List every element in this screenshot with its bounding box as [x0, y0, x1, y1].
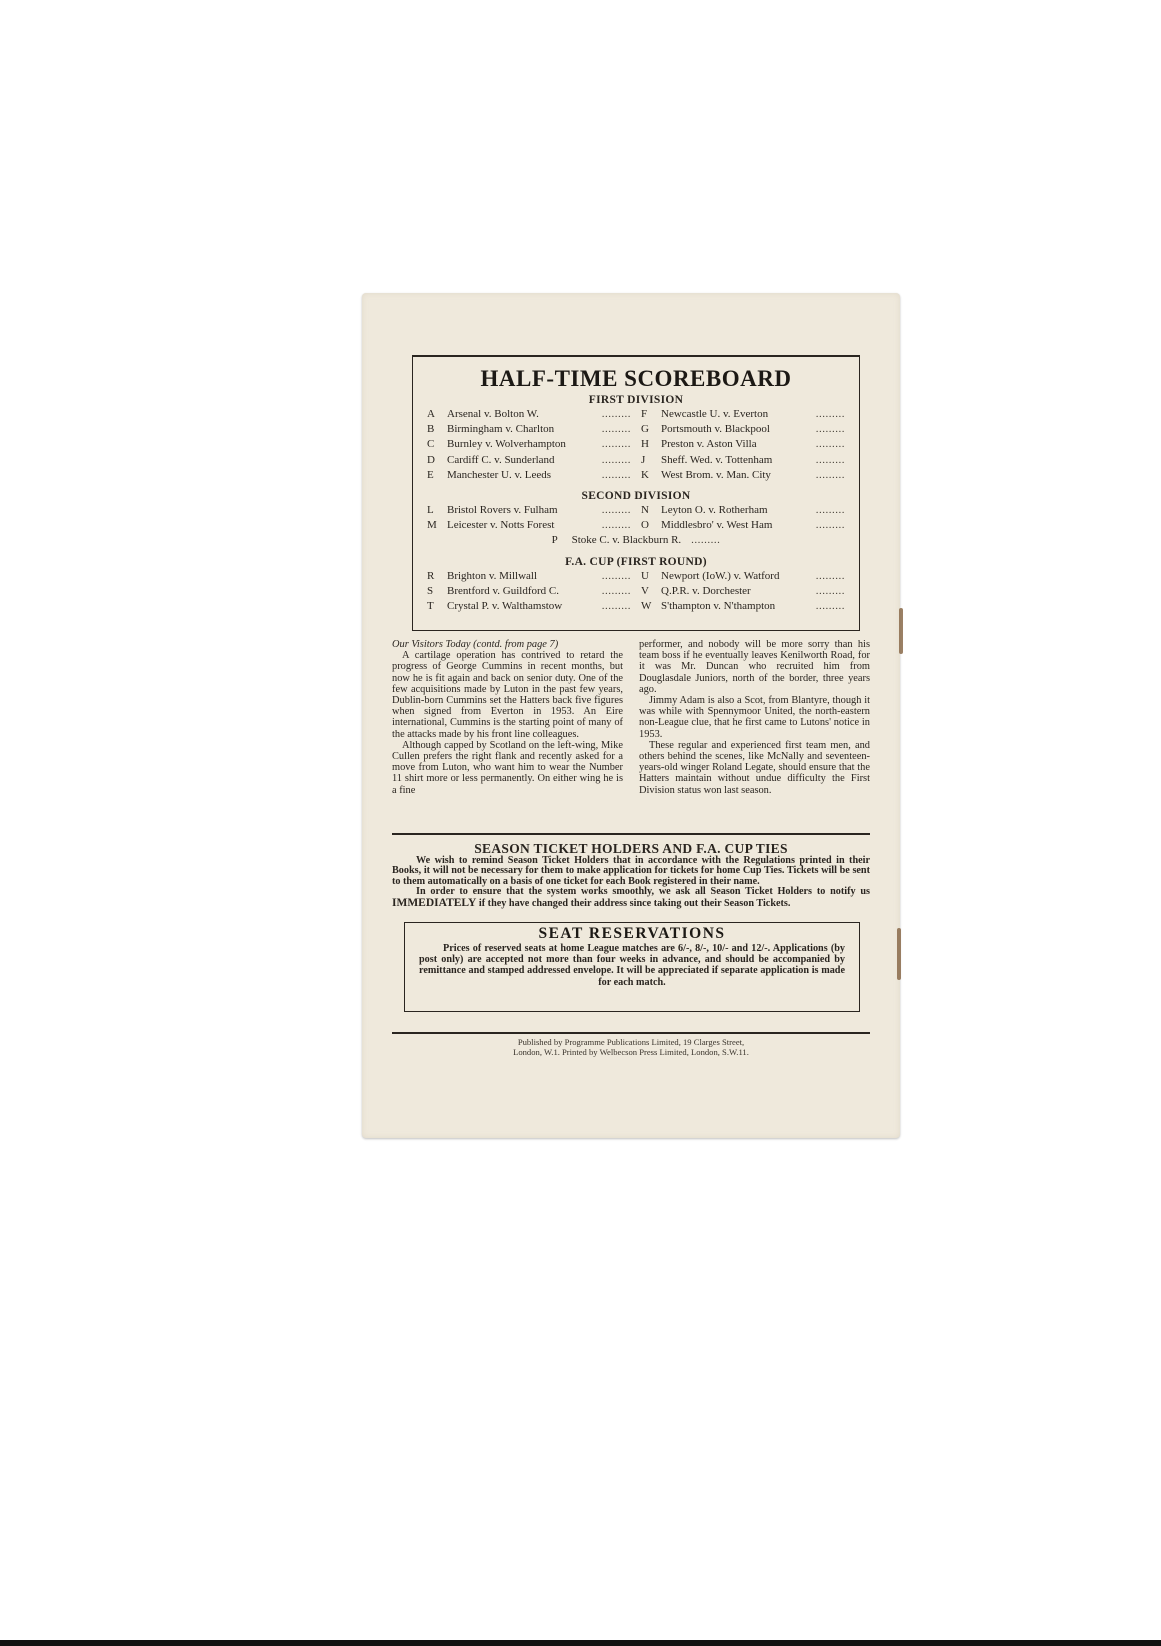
fixture-match: Brentford v. Guildford C.: [447, 584, 559, 599]
article-paragraph: performer, and nobody will be more sorry…: [639, 639, 870, 695]
fixture-match: Birmingham v. Charlton: [447, 422, 554, 437]
score-blank: .........: [555, 453, 631, 468]
score-blank: .........: [772, 453, 845, 468]
fixture-code: D: [427, 453, 447, 468]
fa-cup-fixtures: RBrighton v. Millwall......... SBrentfor…: [413, 569, 859, 615]
fixture: LBristol Rovers v. Fulham.........: [427, 503, 631, 518]
fixture: WS'thampton v. N'thampton.........: [641, 599, 845, 614]
fixture-code: B: [427, 422, 447, 437]
fixture: MLeicester v. Notts Forest.........: [427, 518, 631, 533]
first-division-fixtures: AArsenal v. Bolton W.......... BBirmingh…: [413, 407, 859, 483]
score-blank: .........: [768, 407, 845, 422]
emphasis-text: IMMEDIATELY: [392, 897, 476, 909]
fixture-code: P: [552, 533, 572, 548]
first-division-heading: FIRST DIVISION: [413, 393, 859, 407]
scoreboard-title: HALF-TIME SCOREBOARD: [413, 367, 859, 391]
fixture-code: U: [641, 569, 661, 584]
fixture-code: K: [641, 468, 661, 483]
score-blank: .........: [771, 468, 845, 483]
fa-cup-heading: F.A. CUP (FIRST ROUND): [413, 555, 859, 569]
score-blank: .........: [768, 503, 845, 518]
fixture: BBirmingham v. Charlton.........: [427, 422, 631, 437]
divider: [392, 833, 870, 835]
score-blank: .........: [537, 569, 631, 584]
score-blank: .........: [559, 584, 631, 599]
score-blank: .........: [554, 422, 631, 437]
fixture-match: Manchester U. v. Leeds: [447, 468, 551, 483]
article-paragraph: Although capped by Scotland on the left-…: [392, 740, 623, 796]
article-continuation-ref: (contd. from page 7): [473, 639, 558, 650]
score-blank: .........: [779, 569, 845, 584]
score-blank: .........: [558, 503, 631, 518]
score-blank: .........: [772, 518, 845, 533]
fixture-code: R: [427, 569, 447, 584]
fixture-code: C: [427, 437, 447, 452]
fixture-match: Newcastle U. v. Everton: [661, 407, 768, 422]
fixture-match: Bristol Rovers v. Fulham: [447, 503, 558, 518]
fixture-match: West Brom. v. Man. City: [661, 468, 771, 483]
scan-edge-bar: [0, 1640, 1161, 1646]
season-ticket-heading: SEASON TICKET HOLDERS AND F.A. CUP TIES: [392, 841, 870, 856]
fixture-code: L: [427, 503, 447, 518]
fixture-code: F: [641, 407, 661, 422]
fixture: HPreston v. Aston Villa.........: [641, 437, 845, 452]
fixture-match: Cardiff C. v. Sunderland: [447, 453, 555, 468]
fixture-match: Q.P.R. v. Dorchester: [661, 584, 751, 599]
fixture: CBurnley v. Wolverhampton.........: [427, 437, 631, 452]
fixture-centered: PStoke C. v. Blackburn R..........: [413, 533, 859, 548]
season-ticket-notice: SEASON TICKET HOLDERS AND F.A. CUP TIES …: [392, 841, 870, 909]
score-blank: .........: [751, 584, 845, 599]
fixture-match: Arsenal v. Bolton W.: [447, 407, 539, 422]
season-ticket-paragraph: We wish to remind Season Ticket Holders …: [392, 856, 870, 887]
seat-reservations-box: SEAT RESERVATIONS Prices of reserved sea…: [404, 922, 860, 1012]
score-blank: .........: [691, 533, 720, 548]
fixture-code: M: [427, 518, 447, 533]
seat-reservations-heading: SEAT RESERVATIONS: [419, 925, 845, 943]
fixture: EManchester U. v. Leeds.........: [427, 468, 631, 483]
fixture: DCardiff C. v. Sunderland.........: [427, 453, 631, 468]
article-paragraph: These regular and experienced first team…: [639, 740, 870, 796]
fixture-code: H: [641, 437, 661, 452]
half-time-scoreboard: HALF-TIME SCOREBOARD FIRST DIVISION AArs…: [412, 355, 860, 631]
fixture: NLeyton O. v. Rotherham.........: [641, 503, 845, 518]
score-blank: .........: [539, 407, 631, 422]
fixture: SBrentford v. Guildford C..........: [427, 584, 631, 599]
fixture-code: W: [641, 599, 661, 614]
text: if they have changed their address since…: [476, 898, 790, 909]
score-blank: .........: [757, 437, 845, 452]
fixture-match: Sheff. Wed. v. Tottenham: [661, 453, 772, 468]
fixture-code: V: [641, 584, 661, 599]
fixture: JSheff. Wed. v. Tottenham.........: [641, 453, 845, 468]
fixture-code: G: [641, 422, 661, 437]
score-blank: .........: [566, 437, 631, 452]
fixture-code: N: [641, 503, 661, 518]
fixture-match: Portsmouth v. Blackpool: [661, 422, 770, 437]
staple-mark: [899, 608, 903, 654]
article-column-right: performer, and nobody will be more sorry…: [639, 639, 870, 796]
fixture-match: Brighton v. Millwall: [447, 569, 537, 584]
fixture-code: S: [427, 584, 447, 599]
fixture: KWest Brom. v. Man. City.........: [641, 468, 845, 483]
fixture: AArsenal v. Bolton W..........: [427, 407, 631, 422]
fixture-match: Preston v. Aston Villa: [661, 437, 757, 452]
programme-page: HALF-TIME SCOREBOARD FIRST DIVISION AArs…: [362, 293, 900, 1138]
fixture: GPortsmouth v. Blackpool.........: [641, 422, 845, 437]
fixture-code: O: [641, 518, 661, 533]
seat-reservations-body: Prices of reserved seats at home League …: [419, 943, 845, 988]
fixture-match: Crystal P. v. Walthamstow: [447, 599, 562, 614]
score-blank: .........: [551, 468, 631, 483]
score-blank: .........: [562, 599, 631, 614]
fixture-match: Newport (IoW.) v. Watford: [661, 569, 779, 584]
article-paragraph: A cartilage operation has contrived to r…: [392, 650, 623, 740]
season-ticket-paragraph: In order to ensure that the system works…: [392, 887, 870, 909]
fixture-match: Leicester v. Notts Forest: [447, 518, 554, 533]
score-blank: .........: [554, 518, 631, 533]
second-division-heading: SECOND DIVISION: [413, 489, 859, 503]
fixture-code: J: [641, 453, 661, 468]
fixture-match: Stoke C. v. Blackburn R.: [572, 533, 682, 548]
fixture: TCrystal P. v. Walthamstow.........: [427, 599, 631, 614]
score-blank: .........: [775, 599, 845, 614]
score-blank: .........: [770, 422, 845, 437]
publisher-imprint: Published by Programme Publications Limi…: [392, 1038, 870, 1057]
fixture: VQ.P.R. v. Dorchester.........: [641, 584, 845, 599]
imprint-line: London, W.1. Printed by Welbecson Press …: [392, 1048, 870, 1058]
article-paragraph: Jimmy Adam is also a Scot, from Blantyre…: [639, 695, 870, 740]
fixture-match: S'thampton v. N'thampton: [661, 599, 775, 614]
article-lead: Our Visitors Today (contd. from page 7): [392, 639, 623, 650]
fixture-code: E: [427, 468, 447, 483]
fixture-match: Leyton O. v. Rotherham: [661, 503, 768, 518]
fixture-code: A: [427, 407, 447, 422]
staple-mark: [897, 928, 901, 980]
fixture: OMiddlesbro' v. West Ham.........: [641, 518, 845, 533]
fixture: RBrighton v. Millwall.........: [427, 569, 631, 584]
fixture: UNewport (IoW.) v. Watford.........: [641, 569, 845, 584]
article-title: Our Visitors Today: [392, 639, 471, 650]
divider: [392, 1032, 870, 1034]
article-column-left: Our Visitors Today (contd. from page 7) …: [392, 639, 623, 796]
text: In order to ensure that the system works…: [416, 886, 870, 897]
fixture: FNewcastle U. v. Everton.........: [641, 407, 845, 422]
visitors-article: Our Visitors Today (contd. from page 7) …: [392, 639, 870, 796]
second-division-fixtures: LBristol Rovers v. Fulham......... MLeic…: [413, 503, 859, 533]
fixture-code: T: [427, 599, 447, 614]
fixture-match: Middlesbro' v. West Ham: [661, 518, 772, 533]
fixture-match: Burnley v. Wolverhampton: [447, 437, 566, 452]
